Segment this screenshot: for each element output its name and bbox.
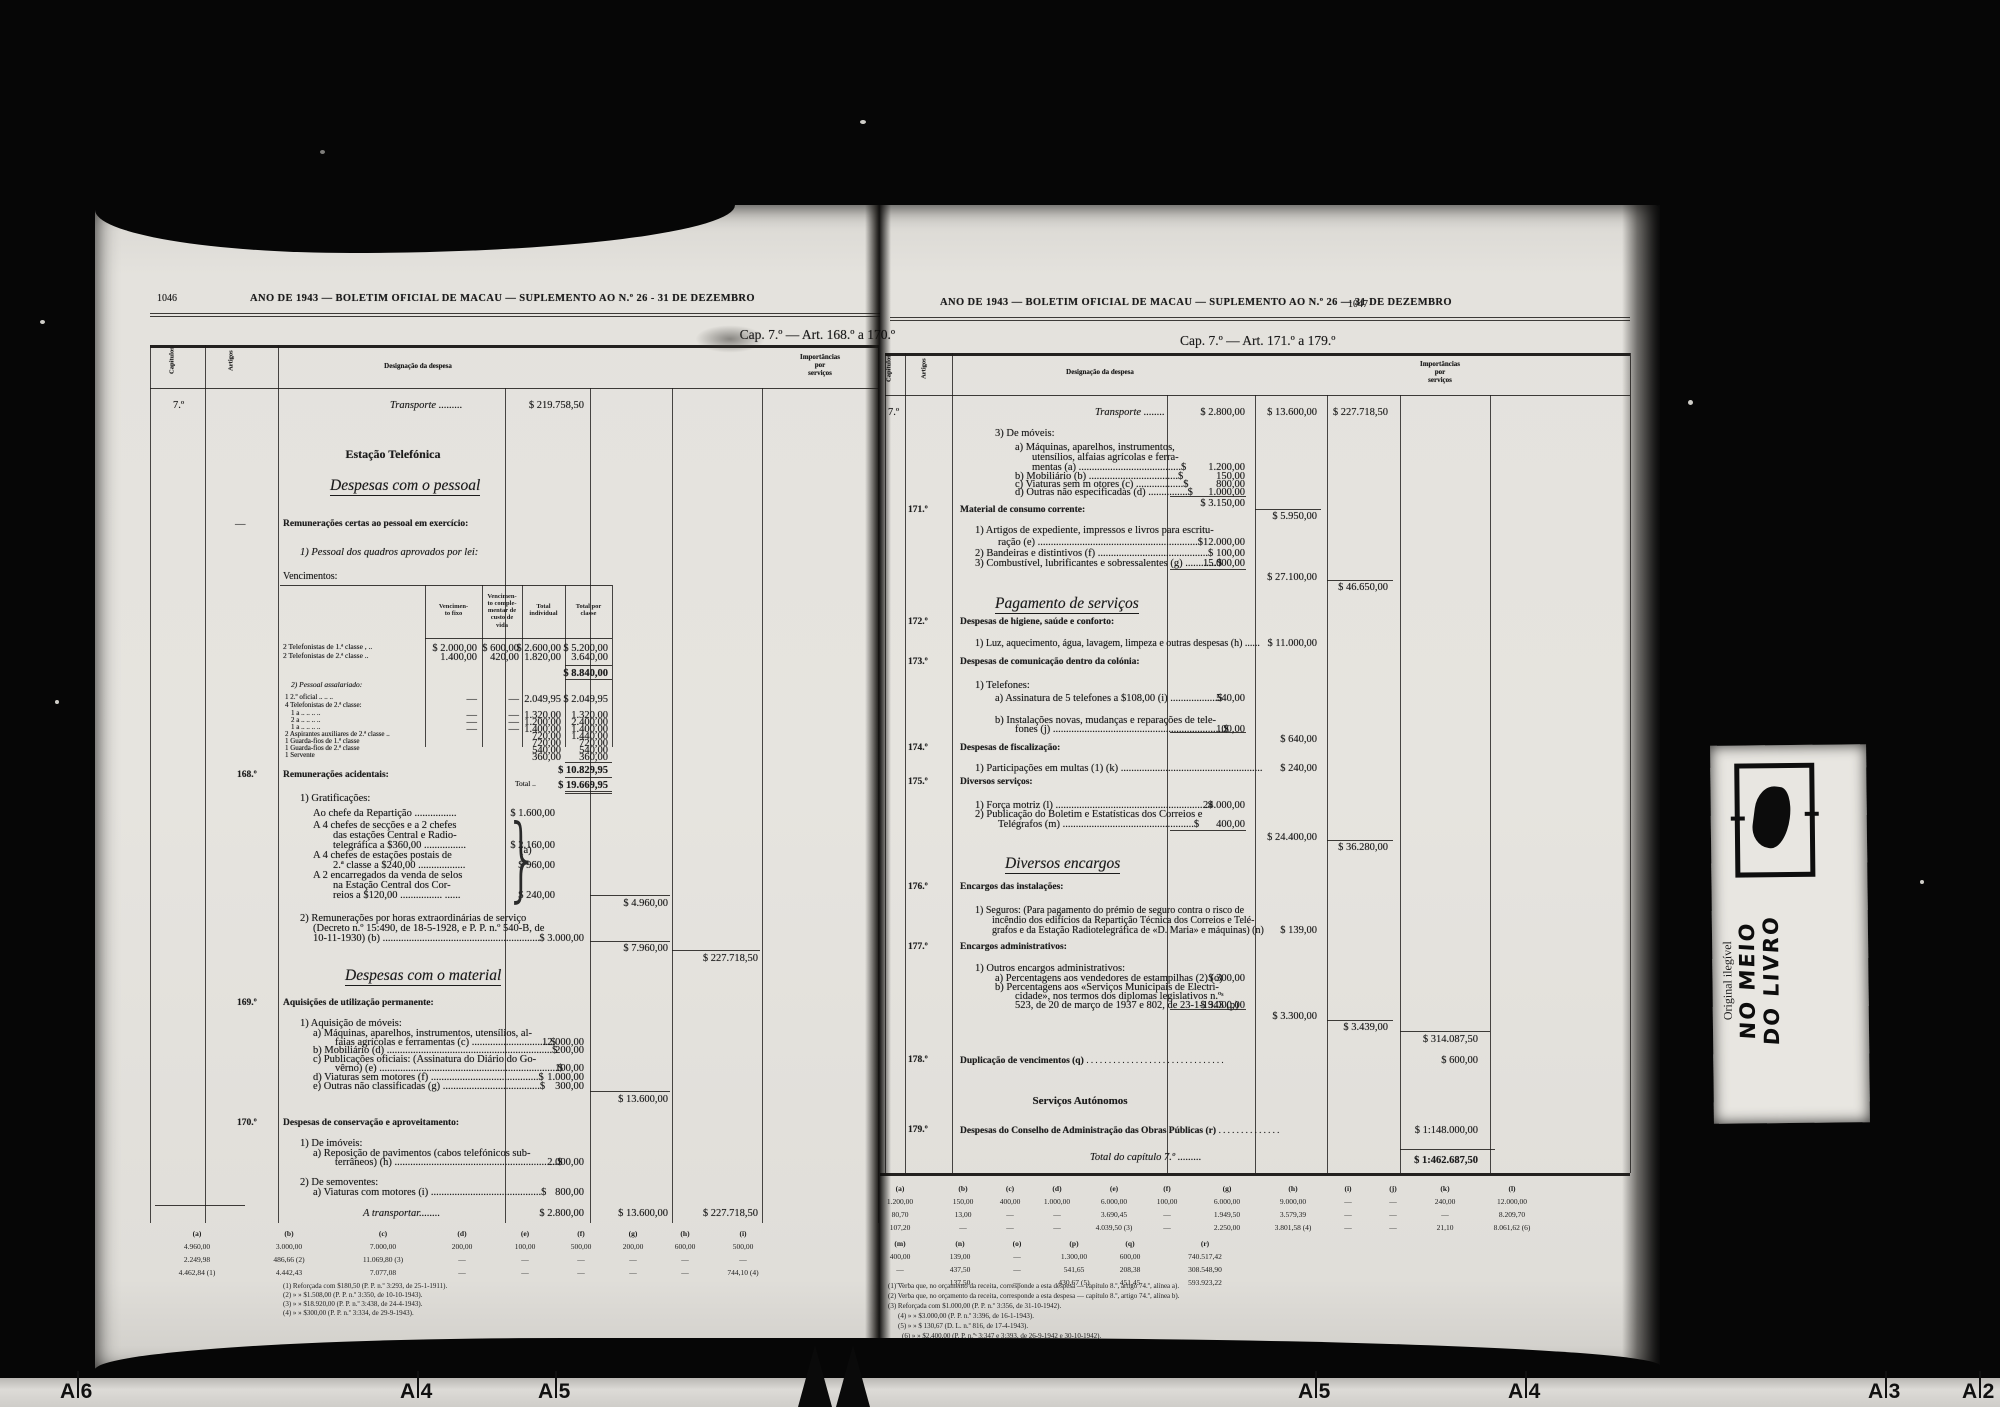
- moveis-line: 3) De móveis:: [995, 428, 1055, 440]
- art174-line: 1) Participações em multas (1) (k) .....…: [975, 763, 1263, 775]
- art175-number: 175.º: [908, 777, 928, 788]
- art174-amount: $ 240,00: [1280, 763, 1317, 774]
- footnote-column: (c)7.000,0011.069,80 (3)7.077,08: [338, 1227, 428, 1279]
- frame-marker: A4: [1508, 1380, 1540, 1407]
- vtab-head-total-ind: Total individual: [522, 603, 565, 617]
- page-number-left: 1046: [157, 293, 177, 304]
- brace-glyph: }: [505, 805, 540, 912]
- dust-speck: [55, 700, 59, 704]
- colhead-importancias-right: Importâncias por serviços: [1385, 360, 1495, 384]
- art177-number: 177.º: [908, 942, 928, 953]
- transporte-label-left: Transporte .........: [390, 400, 462, 412]
- art177-subtotal: $ 3.300,00: [1272, 1011, 1317, 1022]
- document-spread: 1046 ANO DE 1943 — BOLETIM OFICIAL DE MA…: [95, 205, 1660, 1372]
- art178-title: Duplicação de vencimentos (q): [960, 1056, 1084, 1066]
- art171-subtotal: $ 27.100,00: [1267, 572, 1317, 583]
- footnote-column: (g)200,00——: [605, 1227, 661, 1279]
- vtab-head-fixo: Vencimen- to fixo: [425, 603, 482, 617]
- moveis-subtotal: $ 3.150,00: [1200, 498, 1245, 509]
- chapter-total-label: Total do capítulo 7.º .........: [1090, 1152, 1201, 1164]
- footnote: (5) » » $ 130,67 (D. L. n.º 816, de 17-4…: [898, 1322, 1028, 1330]
- art179-title: Despesas do Conselho de Administração da…: [960, 1126, 1216, 1136]
- art169-amount: 300,00: [555, 1081, 584, 1092]
- vtab-cell: 3.640,00: [571, 652, 608, 663]
- art167-title: Remunerações certas ao pessoal em exercí…: [283, 519, 468, 530]
- vtab-cell: 420,00: [490, 652, 519, 663]
- art173-line: 1) Telefones:: [975, 680, 1030, 692]
- art172-title: Despesas de higiene, saúde e conforto:: [960, 617, 1114, 628]
- colhead-capitulos-left: Capítulos: [169, 347, 176, 374]
- footnote-column: (i)———: [1328, 1182, 1368, 1234]
- running-total: $ 36.280,00: [1338, 842, 1388, 853]
- chapter-total-amount: $ 1:462.687,50: [1414, 1155, 1478, 1166]
- art175-title: Diversos serviços:: [960, 777, 1033, 788]
- chapter-line-right: Cap. 7.º — Art. 171.º a 179.º: [1180, 333, 1335, 348]
- vtab-total-label: Total ..: [515, 780, 536, 788]
- art170-amount: 2.000,00: [547, 1157, 584, 1168]
- art170-title: Despesas de conservação e aproveitamento…: [283, 1118, 459, 1129]
- footnote-column: (f)500,00——: [553, 1227, 609, 1279]
- art172-line: 1) Luz, aquecimento, água, lavagem, limp…: [975, 638, 1260, 649]
- label-text-block: Original ilegível NO MEIO DO LIVRO: [1719, 859, 1862, 1100]
- art173-line: a) Assinatura de 5 telefones a $108,00 (…: [995, 693, 1223, 705]
- art171-line: ração (e) ..............................…: [998, 537, 1203, 549]
- art175-line: Telégrafos (m) .........................…: [998, 819, 1199, 831]
- art173-subtotal: $ 640,00: [1280, 734, 1317, 745]
- a-transportar-amount: $ 13.600,00: [618, 1208, 668, 1219]
- heading-servicos-autonomos: Serviços Autónomos: [990, 1095, 1170, 1107]
- vtab-cell: 360,00: [532, 752, 561, 763]
- art171-line: 3) Combustível, lubrificantes e sobressa…: [975, 558, 1222, 570]
- vtab-cell: —: [509, 694, 520, 705]
- footnote: (4) » » $300,00 (P. P. n.º 3:334, de 29-…: [283, 1309, 414, 1317]
- footnote-column: (b)3.000,00486,66 (2)4.442,43: [247, 1227, 331, 1279]
- colhead-designacao-left: Designação da despesa: [278, 362, 558, 370]
- vtab-cell: 1.400,00: [440, 652, 477, 663]
- vtab-subtotal1: $ 8.840,00: [563, 668, 608, 679]
- dust-speck: [40, 320, 45, 324]
- art173-amount: 540,00: [1216, 693, 1245, 704]
- footnote: (3) » » $18.920,00 (P. P. n.º 3:438, de …: [283, 1300, 422, 1308]
- footnote-column: (a)4.960,002.249,984.462,84 (1): [155, 1227, 239, 1279]
- masthead-right: ANO DE 1943 — BOLETIM OFICIAL DE MACAU —…: [940, 297, 1370, 309]
- art173-amount: 100,00: [1216, 724, 1245, 735]
- art175-amount: 400,00: [1216, 819, 1245, 830]
- frame-marker: A5: [1298, 1380, 1330, 1407]
- page-left: 1046 ANO DE 1943 — BOLETIM OFICIAL DE MA…: [95, 205, 905, 1372]
- art171-line: 1) Artigos de expediente, impressos e li…: [975, 525, 1214, 537]
- grand-running-total: $ 314.087,50: [1423, 1034, 1478, 1045]
- masthead-left: ANO DE 1943 — BOLETIM OFICIAL DE MACAU —…: [225, 293, 780, 305]
- book-gutter-fold: [865, 205, 891, 1372]
- vtab-total: $ 19.669,95: [558, 780, 608, 791]
- page-number-right: 1047: [1348, 299, 1368, 310]
- art171-amount: 15.000,00: [1203, 558, 1245, 569]
- dust-speck: [320, 150, 325, 154]
- footnote-column: (g)6.000,001.949,502.250,00: [1195, 1182, 1259, 1234]
- leader-dots: . . . . . . . . . . . . . .: [1219, 1125, 1280, 1135]
- art169-line: e) Outras não classificadas (g) ........…: [313, 1081, 545, 1093]
- capitulo-number-left: 7.º: [173, 400, 184, 412]
- frame-marker: A2: [1962, 1380, 1994, 1407]
- footnote: (1) Reforçada com $180,50 (P. P. n.º 3:2…: [283, 1282, 447, 1290]
- vtab-head-compl: Vencimen- to comple- mentar de custo de …: [482, 593, 522, 629]
- frame-marker: A4: [400, 1380, 432, 1407]
- gutter-notch-icon: [1805, 812, 1819, 816]
- transporte-amount: $ 2.800,00: [1200, 407, 1245, 418]
- art168-title: Remunerações acidentais:: [283, 770, 389, 781]
- art177-title: Encargos administrativos:: [960, 942, 1067, 953]
- transporte-amount: $ 13.600,00: [1267, 407, 1317, 418]
- art176-title: Encargos das instalações:: [960, 882, 1063, 893]
- footnote: (3) Reforçada com $1.000,00 (P. P. n.º 3…: [888, 1302, 1061, 1310]
- art176-number: 176.º: [908, 882, 928, 893]
- a-transportar-amount: $ 227.718,50: [703, 1208, 758, 1219]
- art172-amount: $ 11.000,00: [1268, 638, 1318, 649]
- vtab-row: 2 Telefonistas de 2.ª classe ..: [283, 652, 369, 660]
- footnote: (4) » » $3.000,00 (P. P. n.º 3:396, de 1…: [898, 1312, 1034, 1320]
- art168-item1: 1) Gratificações:: [300, 793, 370, 805]
- frame-marker: A6: [60, 1380, 92, 1407]
- art179-number: 179.º: [908, 1125, 928, 1136]
- art169-number: 169.º: [237, 998, 257, 1009]
- art177-total: $ 3.439,00: [1343, 1022, 1388, 1033]
- heading-diversos-encargos: Diversos encargos: [1005, 855, 1120, 874]
- footnote: (2) Verba que, no orçamento da receita, …: [888, 1292, 1180, 1300]
- footnote-column: (e)6.000,003.690,454.039,50 (3): [1076, 1182, 1152, 1234]
- moveis-line: d) Outras não especificadas (d) ........…: [1015, 487, 1193, 499]
- art169-amount: 200,00: [555, 1045, 584, 1056]
- art175-amount: 24.000,00: [1203, 800, 1245, 811]
- vtab-cell: —: [509, 724, 520, 735]
- art170-amount: 800,00: [555, 1187, 584, 1198]
- film-edge-strip: A6 A4 A5 A5 A4 A3 A2: [0, 1378, 2000, 1407]
- dust-speck: [1920, 880, 1924, 884]
- art173-title: Despesas de comunicação dentro da colóni…: [960, 657, 1140, 668]
- art168-number: 168.º: [237, 770, 257, 781]
- label-handwritten-text: NO MEIO: [1734, 860, 1761, 1101]
- colhead-designacao-right: Designação da despesa: [970, 368, 1230, 376]
- heading-despesas-material: Despesas com o material: [345, 967, 501, 986]
- footnote: (1) Verba que, no orçamento da receita, …: [888, 1282, 1179, 1290]
- footnote-column: (k)240,00—21,10: [1418, 1182, 1472, 1234]
- moveis-subtotal: $ 5.950,00: [1272, 511, 1317, 522]
- art168-line: 10-11-1930) (b) ........................…: [313, 933, 540, 945]
- transporte-amount-left: $ 219.758,50: [529, 400, 584, 411]
- art176-amount: $ 139,00: [1280, 925, 1317, 936]
- art178-number: 178.º: [908, 1055, 928, 1066]
- art173-number: 173.º: [908, 657, 928, 668]
- art178-amount: $ 600,00: [1441, 1055, 1478, 1066]
- art171-amount: 12.000,00: [1203, 537, 1245, 548]
- art172-number: 172.º: [908, 617, 928, 628]
- illegible-original-label: Original ilegível NO MEIO DO LIVRO: [1710, 744, 1870, 1124]
- art171-number: 171.º: [908, 505, 928, 516]
- art173-line: fones (j) ..............................…: [1015, 724, 1229, 736]
- art179-amount: $ 1:148.000,00: [1415, 1125, 1478, 1136]
- vtab-cell: $ 2.049,95: [563, 694, 608, 705]
- heading-pagamento-servicos: Pagamento de serviços: [995, 595, 1139, 614]
- label-handwritten-text: DO LIVRO: [1758, 859, 1785, 1100]
- footnote-column: (j)———: [1373, 1182, 1413, 1234]
- microfilm-frame: 1046 ANO DE 1943 — BOLETIM OFICIAL DE MA…: [0, 0, 2000, 1407]
- art170-line: a) Viaturas com motores (i) ............…: [313, 1187, 546, 1199]
- page-stack-edge: [1622, 205, 1660, 1372]
- art174-number: 174.º: [908, 743, 928, 754]
- heading-despesas-pessoal: Despesas com o pessoal: [330, 477, 480, 496]
- footnote-column: (e)100,00——: [495, 1227, 555, 1279]
- art170-line: terrâneos) (h) .........................…: [335, 1157, 562, 1169]
- gutter-notch-icon: [1731, 816, 1745, 820]
- footnote-column: (f)100,00——: [1142, 1182, 1192, 1234]
- heading-estacao-telefonica: Estação Telefónica: [278, 448, 508, 461]
- frame-divider-triangle: [836, 1345, 870, 1407]
- vtab-cell: 2.049,95: [524, 694, 561, 705]
- frame-marker: A5: [538, 1380, 570, 1407]
- a-transportar-label: A transportar........: [363, 1208, 440, 1220]
- artigo-167-dash: —: [235, 519, 246, 531]
- footnote-column: (h)9.000,003.579,393.801,58 (4): [1255, 1182, 1331, 1234]
- vtab-subtotal2: $ 10.829,95: [558, 765, 608, 776]
- a-transportar-amount: $ 2.800,00: [539, 1208, 584, 1219]
- leader-dots: . . . . . . . . . . . . . . . . . . . . …: [1086, 1055, 1223, 1065]
- ink-smudge: [695, 325, 765, 353]
- frame-divider-triangle: [798, 1345, 832, 1407]
- art168-line: reios a $120,00 ................ ......: [333, 890, 460, 902]
- colhead-importancias-left: Importâncias por serviços: [762, 353, 878, 377]
- frame-marker: A3: [1868, 1380, 1900, 1407]
- colhead-artigos-left: Artigos: [228, 350, 235, 371]
- vencimentos-label: Vencimentos:: [283, 571, 337, 582]
- footnote: (2) » » $1.508,00 (P. P. n.º 3:350, de 1…: [283, 1291, 422, 1299]
- vtab-row: 1 Servente: [285, 752, 315, 760]
- art169-title: Aquisições de utilização permanente:: [283, 998, 434, 1009]
- art168-subtotal1: $ 4.960,00: [623, 898, 668, 909]
- art168-line: Ao chefe da Repartição ................: [313, 808, 456, 820]
- vtab-assalariado: 2) Pessoal assalariado:: [291, 681, 362, 689]
- running-total: $ 227.718,50: [703, 953, 758, 964]
- dust-speck: [1688, 400, 1693, 405]
- art170-number: 170.º: [237, 1118, 257, 1129]
- art167-item1: 1) Pessoal dos quadros aprovados por lei…: [300, 547, 478, 559]
- art168-total: $ 7.960,00: [623, 943, 668, 954]
- brace-note: (a): [520, 845, 532, 857]
- page-right: ANO DE 1943 — BOLETIM OFICIAL DE MACAU —…: [880, 205, 1640, 1372]
- running-total: $ 46.650,00: [1338, 582, 1388, 593]
- art175-subtotal: $ 24.400,00: [1267, 832, 1317, 843]
- art171-title: Material de consumo corrente:: [960, 505, 1085, 516]
- footnote-column: (i)500,00—744,10 (4): [703, 1227, 783, 1279]
- footnote-column: (d)200,00——: [430, 1227, 494, 1279]
- vtab-cell: —: [467, 724, 478, 735]
- art174-title: Despesas de fiscalização:: [960, 743, 1060, 754]
- dust-speck: [860, 120, 866, 124]
- transporte-amount: $ 227.718,50: [1333, 407, 1388, 418]
- transporte-label-right: Transporte ........: [1095, 407, 1165, 419]
- footnote-column: (l)12.000,008.209,708.061,62 (6): [1472, 1182, 1552, 1234]
- ink-blob-icon: [1750, 784, 1794, 850]
- art176-line: grafos e da Estação Radiotelegráfica de …: [992, 925, 1264, 936]
- colhead-artigos-right: Artigos: [921, 358, 928, 379]
- art169-subtotal: $ 13.600,00: [618, 1094, 668, 1105]
- art168-amount: $ 3.000,00: [539, 933, 584, 944]
- vtab-head-total-classe: Total por classe: [565, 603, 612, 617]
- vtab-cell: 1.820,00: [524, 652, 561, 663]
- vtab-cell: —: [467, 694, 478, 705]
